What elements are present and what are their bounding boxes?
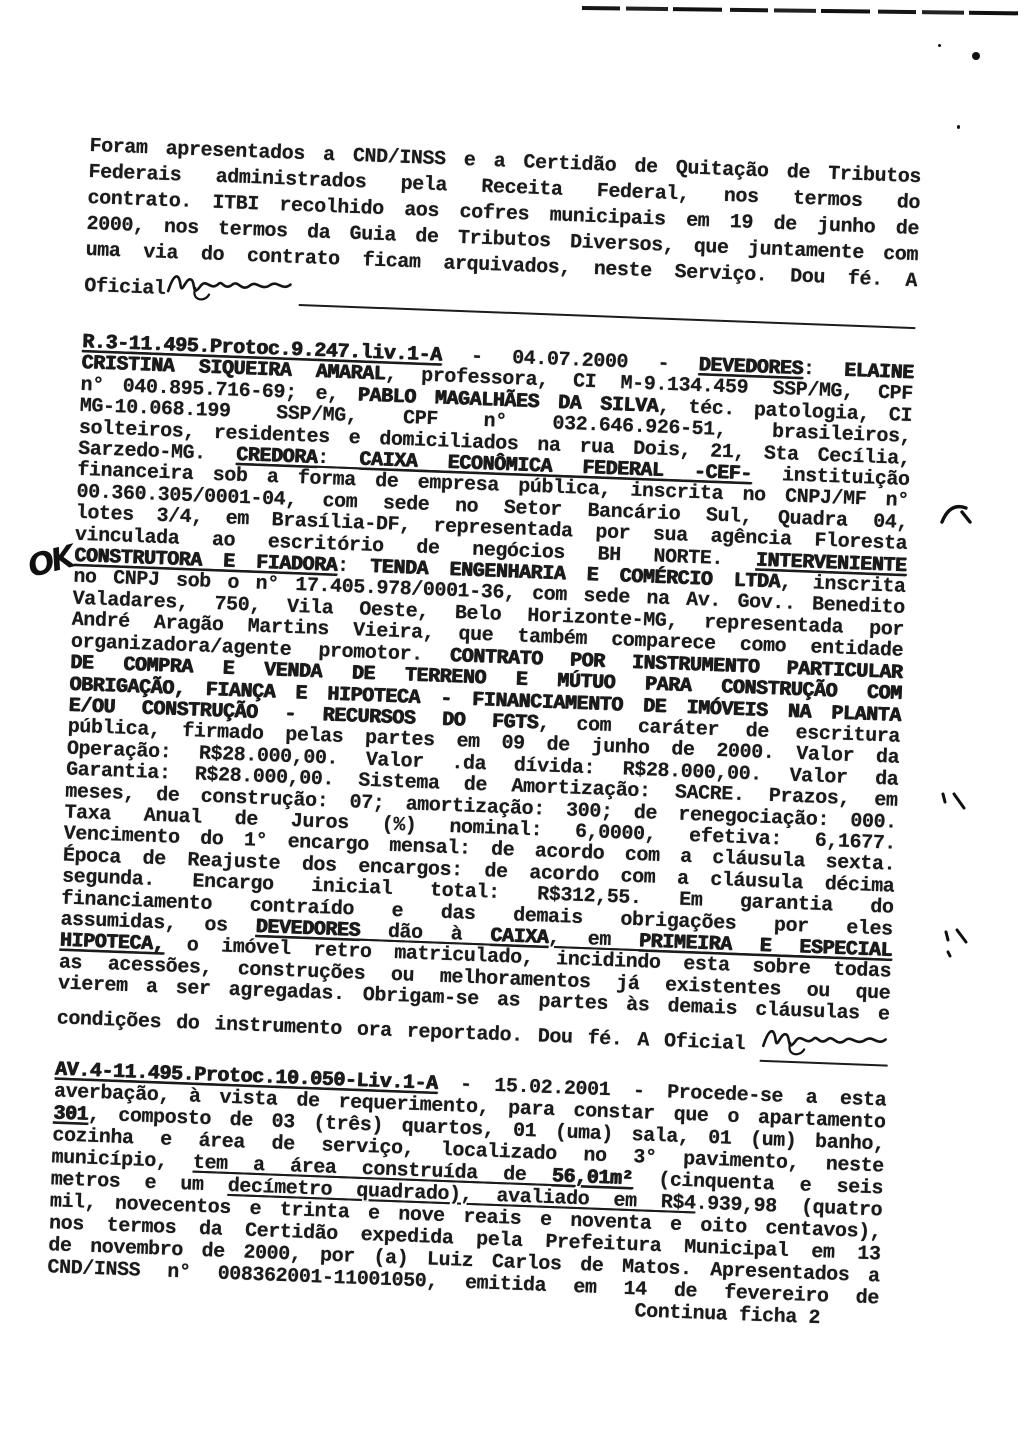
pen-tick-mark [942,924,976,960]
text-segment: Oficial [84,274,166,303]
official-signature-icon [165,267,294,308]
ink-speck [938,44,941,47]
official-signature-icon [760,1021,889,1062]
dashed-separator-line [582,6,1024,15]
ink-speck [957,125,960,129]
official-signature-icon [165,267,294,308]
pen-curve-mark [938,498,976,530]
pen-tick-mark [938,788,972,818]
entry-certidao-intro: Foram apresentados a CND/INSS e a Certid… [84,134,922,331]
text-segment: : [337,555,371,579]
handwritten-ok-mark: OK [24,539,76,585]
typewritten-text-block: Foram apresentados a CND/INSS e a Certid… [46,134,921,1332]
signature-rule-line [299,294,916,329]
ink-speck [972,52,980,60]
official-signature-icon [760,1021,889,1066]
text-segment: 301 [53,1102,89,1126]
entry-av4-averbacao: AV.4-11.495.Protoc.10.050-Liv.1-A - 15.0… [46,1059,886,1332]
entry-r3-registro-hipoteca: R.3-11.495.Protoc.9.247.liv.1-A - 04.07.… [56,332,914,1066]
scanned-document-page: Foram apresentados a CND/INSS e a Certid… [0,0,1024,1448]
